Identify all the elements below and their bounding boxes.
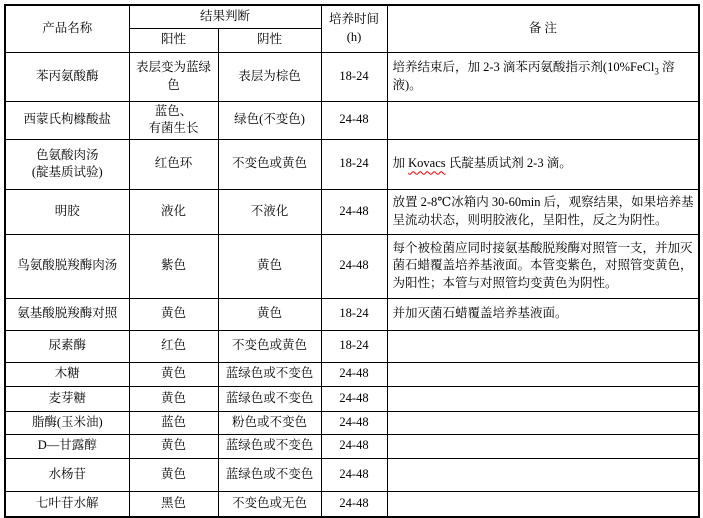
negative-cell: 蓝绿色或不变色 — [218, 458, 321, 491]
product-cell: D—甘露醇 — [5, 434, 129, 458]
table-row: 氨基酸脱羧酶对照 黄色 黄色 18-24 并加灭菌石蜡覆盖培养基液面。 — [5, 298, 699, 330]
table-row: 木糖 黄色 蓝绿色或不变色 24-48 — [5, 362, 699, 386]
table-row: 七叶苷水解 黑色 不变色或无色 24-48 — [5, 491, 699, 517]
positive-cell: 黄色 — [129, 458, 218, 491]
time-cell: 24-48 — [321, 101, 387, 139]
time-cell: 24-48 — [321, 386, 387, 411]
positive-cell: 蓝色、 有菌生长 — [129, 101, 218, 139]
remark-cell — [387, 434, 699, 458]
time-cell: 24-48 — [321, 362, 387, 386]
time-cell: 24-48 — [321, 189, 387, 234]
header-product: 产品名称 — [5, 5, 129, 52]
negative-cell: 蓝绿色或不变色 — [218, 386, 321, 411]
positive-cell: 紫色 — [129, 234, 218, 298]
table-row: 色氨酸肉汤 (靛基质试验) 红色环 不变色或黄色 18-24 加 Kovacs … — [5, 139, 699, 189]
remark-cell — [387, 491, 699, 517]
table-row: 麦芽糖 黄色 蓝绿色或不变色 24-48 — [5, 386, 699, 411]
header-result-group: 结果判断 — [129, 5, 321, 28]
remark-cell: 培养结束后，加 2-3 滴苯丙氨酸指示剂(10%FeCl3 溶液)。 — [387, 52, 699, 101]
negative-cell: 蓝绿色或不变色 — [218, 362, 321, 386]
positive-cell: 表层变为蓝绿 色 — [129, 52, 218, 101]
positive-cell: 黄色 — [129, 298, 218, 330]
product-cell: 七叶苷水解 — [5, 491, 129, 517]
time-cell: 24-48 — [321, 411, 387, 434]
negative-cell: 不液化 — [218, 189, 321, 234]
product-cell: 色氨酸肉汤 (靛基质试验) — [5, 139, 129, 189]
negative-cell: 蓝绿色或不变色 — [218, 434, 321, 458]
product-cell: 水杨苷 — [5, 458, 129, 491]
positive-cell: 黑色 — [129, 491, 218, 517]
header-row-1: 产品名称 结果判断 培养时间 (h) 备 注 — [5, 5, 699, 28]
remark-cell — [387, 458, 699, 491]
time-cell: 18-24 — [321, 52, 387, 101]
remark-text: 氏靛基质试剂 2-3 滴。 — [446, 156, 572, 170]
remark-text: 培养结束后，加 2-3 滴苯丙氨酸指示剂(10%FeCl — [393, 60, 655, 74]
time-cell: 24-48 — [321, 458, 387, 491]
time-cell: 24-48 — [321, 234, 387, 298]
spellcheck-word: Kovacs — [408, 156, 446, 170]
header-positive: 阳性 — [129, 28, 218, 52]
product-cell: 苯丙氨酸酶 — [5, 52, 129, 101]
table-row: 脂酶(玉米油) 蓝色 粉色或不变色 24-48 — [5, 411, 699, 434]
header-time: 培养时间 (h) — [321, 5, 387, 52]
header-remark: 备 注 — [387, 5, 699, 52]
remark-cell: 每个被检菌应同时接氨基酸脱羧酶对照管一支，并加灭菌石蜡覆盖培养基液面。本管变紫色… — [387, 234, 699, 298]
time-cell: 24-48 — [321, 434, 387, 458]
positive-cell: 液化 — [129, 189, 218, 234]
product-cell: 西蒙氏枸橼酸盐 — [5, 101, 129, 139]
time-cell: 24-48 — [321, 491, 387, 517]
product-cell: 明胶 — [5, 189, 129, 234]
negative-cell: 不变色或无色 — [218, 491, 321, 517]
table-row: 鸟氨酸脱羧酶肉汤 紫色 黄色 24-48 每个被检菌应同时接氨基酸脱羧酶对照管一… — [5, 234, 699, 298]
negative-cell: 粉色或不变色 — [218, 411, 321, 434]
positive-cell: 蓝色 — [129, 411, 218, 434]
positive-cell: 黄色 — [129, 362, 218, 386]
negative-cell: 不变色或黄色 — [218, 139, 321, 189]
negative-cell: 黄色 — [218, 234, 321, 298]
table-row: 水杨苷 黄色 蓝绿色或不变色 24-48 — [5, 458, 699, 491]
negative-cell: 不变色或黄色 — [218, 330, 321, 362]
table-row: D—甘露醇 黄色 蓝绿色或不变色 24-48 — [5, 434, 699, 458]
remark-cell — [387, 362, 699, 386]
remark-text: 加 — [393, 156, 409, 170]
table-row: 西蒙氏枸橼酸盐 蓝色、 有菌生长 绿色(不变色) 24-48 — [5, 101, 699, 139]
table-row: 苯丙氨酸酶 表层变为蓝绿 色 表层为棕色 18-24 培养结束后，加 2-3 滴… — [5, 52, 699, 101]
time-cell: 18-24 — [321, 298, 387, 330]
negative-cell: 绿色(不变色) — [218, 101, 321, 139]
remark-cell — [387, 411, 699, 434]
positive-cell: 黄色 — [129, 434, 218, 458]
remark-cell: 并加灭菌石蜡覆盖培养基液面。 — [387, 298, 699, 330]
time-cell: 18-24 — [321, 139, 387, 189]
product-cell: 木糖 — [5, 362, 129, 386]
remark-cell — [387, 101, 699, 139]
remark-cell — [387, 386, 699, 411]
positive-cell: 红色环 — [129, 139, 218, 189]
negative-cell: 表层为棕色 — [218, 52, 321, 101]
positive-cell: 黄色 — [129, 386, 218, 411]
header-negative: 阴性 — [218, 28, 321, 52]
product-cell: 脂酶(玉米油) — [5, 411, 129, 434]
remark-cell: 加 Kovacs 氏靛基质试剂 2-3 滴。 — [387, 139, 699, 189]
test-results-table: 产品名称 结果判断 培养时间 (h) 备 注 阳性 阴性 苯丙氨酸酶 表层变为蓝… — [4, 4, 700, 518]
positive-cell: 红色 — [129, 330, 218, 362]
time-cell: 18-24 — [321, 330, 387, 362]
product-cell: 尿素酶 — [5, 330, 129, 362]
product-cell: 氨基酸脱羧酶对照 — [5, 298, 129, 330]
table-row: 尿素酶 红色 不变色或黄色 18-24 — [5, 330, 699, 362]
remark-cell — [387, 330, 699, 362]
table-row: 明胶 液化 不液化 24-48 放置 2-8℃冰箱内 30-60min 后，观察… — [5, 189, 699, 234]
remark-cell: 放置 2-8℃冰箱内 30-60min 后，观察结果，如果培养基呈流动状态，则明… — [387, 189, 699, 234]
product-cell: 麦芽糖 — [5, 386, 129, 411]
negative-cell: 黄色 — [218, 298, 321, 330]
product-cell: 鸟氨酸脱羧酶肉汤 — [5, 234, 129, 298]
